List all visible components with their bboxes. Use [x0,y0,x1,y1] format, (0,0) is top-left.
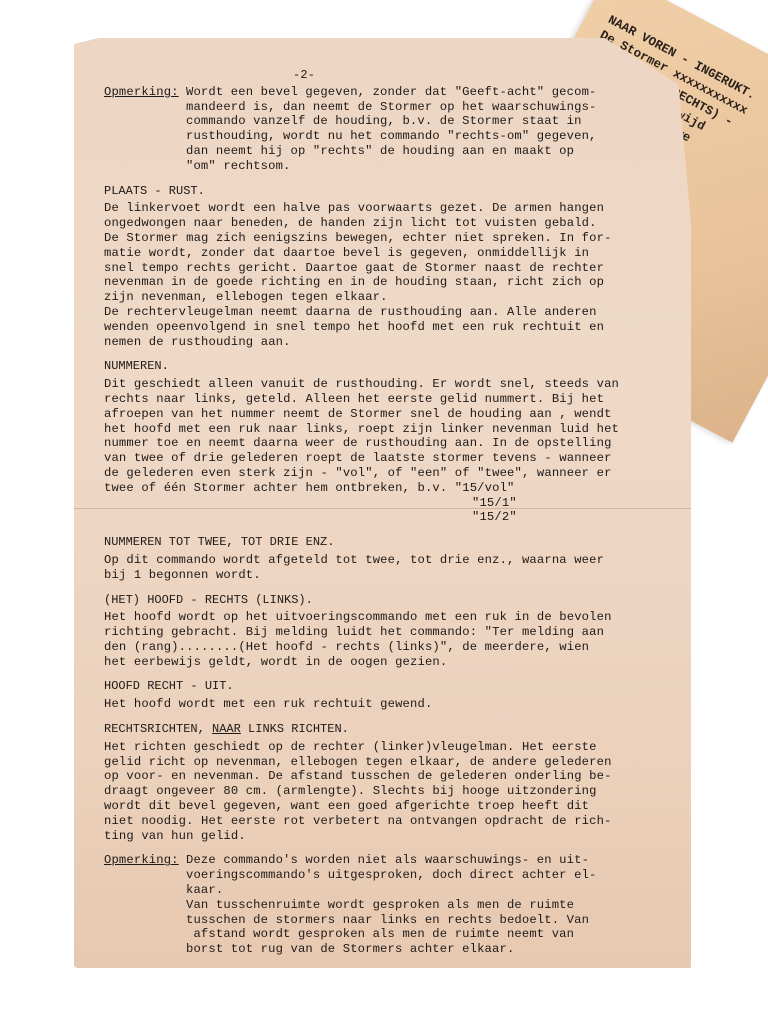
text-line: commando vanzelf de houding, b.v. de Sto… [186,114,597,129]
text-line: borst tot rug van de Stormers achter elk… [186,942,597,957]
example-lines: "15/1""15/2" [472,496,684,526]
text-line: matie wordt, zonder dat daartoe bevel is… [104,246,684,261]
section-1: PLAATS - RUST.De linkervoet wordt een ha… [104,184,684,350]
section-body: Het richten geschiedt op de rechter (lin… [104,740,684,844]
section-heading: HOOFD RECHT - UIT. [104,679,684,694]
remark-body: Wordt een bevel gegeven, zonder dat "Gee… [186,85,597,174]
section-3: NUMMEREN TOT TWEE, TOT DRIE ENZ.Op dit c… [104,535,684,582]
heading-part: RECHTSRICHTEN, [104,722,212,736]
text-line: voeringscommando's uitgesproken, doch di… [186,868,597,883]
remark: Opmerking:Deze commando's worden niet al… [104,853,684,957]
section-5: HOOFD RECHT - UIT.Het hoofd wordt met ee… [104,679,684,712]
section-body: Dit geschiedt alleen vanuit de rusthoudi… [104,377,684,495]
text-line: Het hoofd wordt met een ruk rechtuit gew… [104,697,684,712]
text-line: snel tempo rechts gericht. Daartoe gaat … [104,261,684,276]
section-2: NUMMEREN.Dit geschiedt alleen vanuit de … [104,359,684,525]
section-body: De linkervoet wordt een halve pas voorwa… [104,201,684,349]
document-page: -2- Opmerking:Wordt een bevel gegeven, z… [74,38,691,968]
text-line: van twee of drie gelederen roept de laat… [104,451,684,466]
section-body: Op dit commando wordt afgeteld tot twee,… [104,553,684,583]
section-heading: (HET) HOOFD - RECHTS (LINKS). [104,593,684,608]
section-heading: RECHTSRICHTEN, NAAR LINKS RICHTEN. [104,722,684,737]
text-line: nevenman in de goede richting en in de h… [104,275,684,290]
text-line: het hoofd met een ruk naar links, roept … [104,422,684,437]
text-line: wenden opeenvolgend in snel tempo het ho… [104,320,684,335]
text-line: den (rang)........(Het hoofd - rechts (l… [104,640,684,655]
section-body: Het hoofd wordt met een ruk rechtuit gew… [104,697,684,712]
heading-part: NAAR [212,722,241,736]
section-heading: PLAATS - RUST. [104,184,684,199]
text-line: mandeerd is, dan neemt de Stormer op het… [186,100,597,115]
text-line: niet noodig. Het eerste rot verbetert na… [104,814,684,829]
heading-part: LINKS RICHTEN. [241,722,349,736]
text-line: "15/1" [472,496,684,511]
section-8: NAAR ACHTEREN - INGERUKT.De Stormer maak… [104,967,684,1000]
text-line: ongedwongen naar beneden, de handen zijn… [104,216,684,231]
text-line: tusschen de stormers naar links en recht… [186,913,597,928]
text-line: Deze commando's worden niet als waarschu… [186,853,597,868]
text-line: De rechtervleugelman neemt daarna de rus… [104,305,684,320]
text-line: ting van hun gelid. [104,829,684,844]
section-6: RECHTSRICHTEN, NAAR LINKS RICHTEN.Het ri… [104,722,684,843]
text-line: "15/2" [472,510,684,525]
text-line: Wordt een bevel gegeven, zonder dat "Gee… [186,85,597,100]
text-line: zijn nevenman, ellebogen tegen elkaar. [104,290,684,305]
remark-label: Opmerking: [104,85,186,174]
text-line: Van tusschenruimte wordt gesproken als m… [186,898,597,913]
text-line: twee of één Stormer achter hem ontbreken… [104,481,684,496]
section-0: Opmerking:Wordt een bevel gegeven, zonde… [104,85,684,174]
text-line: Het hoofd wordt op het uitvoeringscomman… [104,610,684,625]
text-line: wordt dit bevel gegeven, want een goed a… [104,799,684,814]
section-heading: NUMMEREN TOT TWEE, TOT DRIE ENZ. [104,535,684,550]
text-line: bij 1 begonnen wordt. [104,568,684,583]
remark: Opmerking:Wordt een bevel gegeven, zonde… [104,85,684,174]
page-number: -2- [284,68,324,83]
text-line: nummer toe en neemt daarna weer de rusth… [104,436,684,451]
text-line: richting gebracht. Bij melding luidt het… [104,625,684,640]
text-line: rusthouding, wordt nu het commando "rech… [186,129,597,144]
section-4: (HET) HOOFD - RECHTS (LINKS).Het hoofd w… [104,593,684,670]
section-7: Opmerking:Deze commando's worden niet al… [104,853,684,957]
section-heading: NAAR ACHTEREN - INGERUKT. [104,967,684,982]
text-line: het eerbewijs geldt, wordt in de oogen g… [104,655,684,670]
text-line: op voor- en nevenman. De afstand tussche… [104,769,684,784]
text-line: afroepen van het nummer neemt de Stormer… [104,407,684,422]
text-line: rechts naar links, geteld. Alleen het ee… [104,392,684,407]
text-line: De linkervoet wordt een halve pas voorwa… [104,201,684,216]
text-line: afstand wordt gesproken als men de ruimt… [186,927,597,942]
text-line: Dit geschiedt alleen vanuit de rusthoudi… [104,377,684,392]
text-line: dan neemt hij op "rechts" de houding aan… [186,144,597,159]
text-line: De Stormer maakt linksomkeert en verwijd… [104,985,684,1000]
sections: Opmerking:Wordt een bevel gegeven, zonde… [104,85,684,1000]
remark-label: Opmerking: [104,853,186,957]
text-line: de gelederen even sterk zijn - "vol", of… [104,466,684,481]
text-line: nemen de rusthouding aan. [104,335,684,350]
text-line: gelid richt op nevenman, ellebogen tegen… [104,755,684,770]
section-heading: NUMMEREN. [104,359,684,374]
text-line: De Stormer mag zich eenigszins bewegen, … [104,231,684,246]
text-line: Op dit commando wordt afgeteld tot twee,… [104,553,684,568]
document-content: -2- Opmerking:Wordt een bevel gegeven, z… [104,68,684,1010]
text-line: "om" rechtsom. [186,159,597,174]
text-line: draagt ongeveer 80 cm. (armlengte). Slec… [104,784,684,799]
text-line: Het richten geschiedt op de rechter (lin… [104,740,684,755]
text-line: kaar. [186,883,597,898]
section-body: Het hoofd wordt op het uitvoeringscomman… [104,610,684,669]
remark-body: Deze commando's worden niet als waarschu… [186,853,597,957]
section-body: De Stormer maakt linksomkeert en verwijd… [104,985,684,1000]
